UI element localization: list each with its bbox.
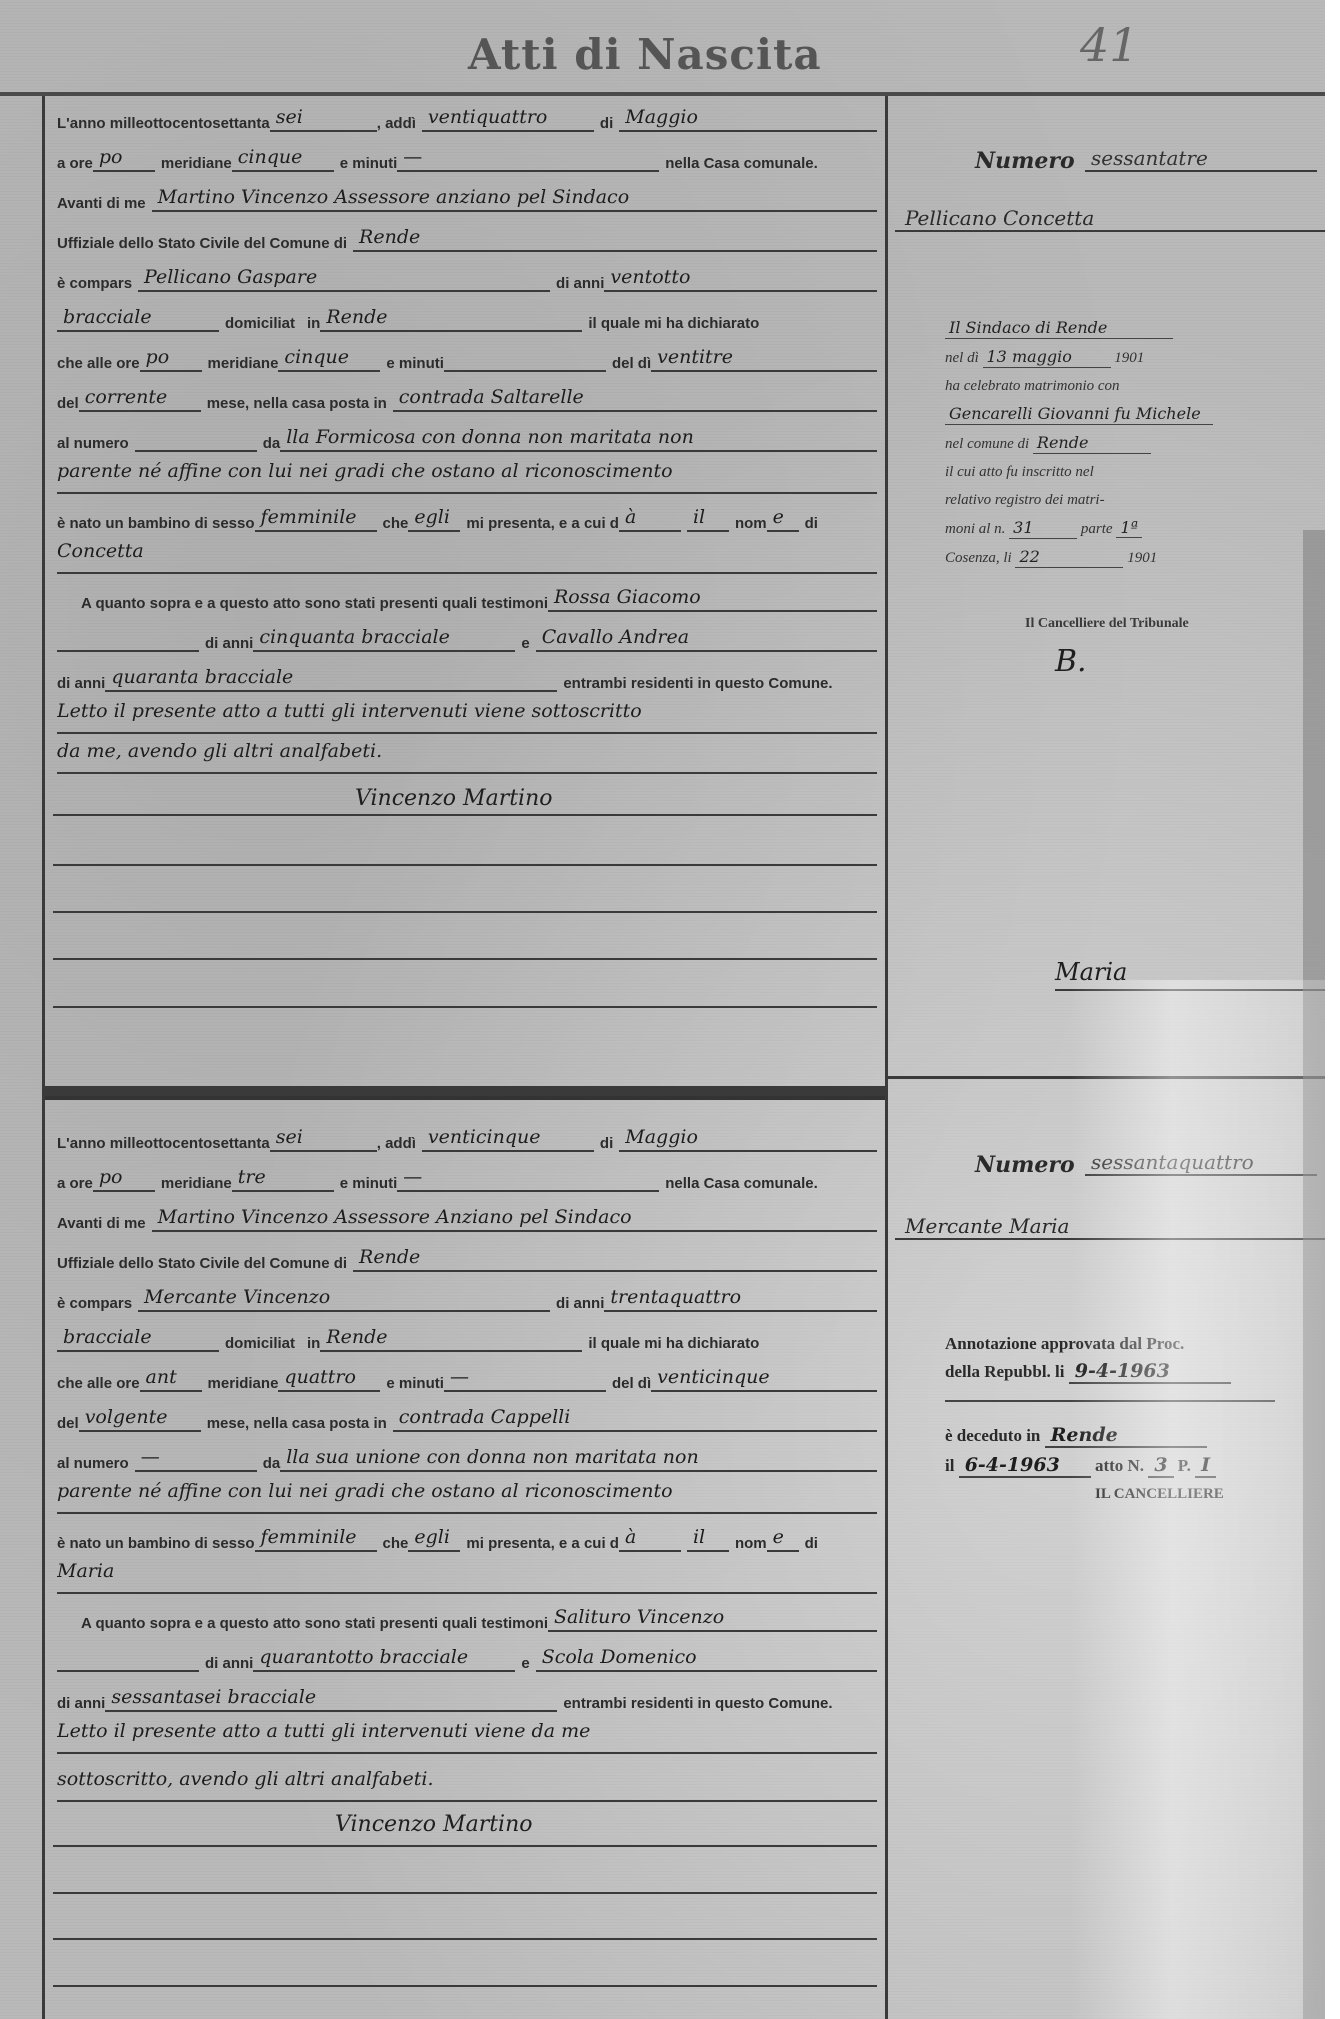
numero-label: Numero — [975, 1152, 1075, 1178]
day-field: ventiquattro — [422, 104, 594, 132]
comune-field: Rende — [353, 1244, 877, 1272]
label: A quanto sopra e a questo atto sono stat… — [57, 1615, 548, 1632]
label: Cosenza, li — [945, 550, 1012, 566]
label: nom — [735, 515, 767, 532]
hour-field: po — [140, 344, 202, 372]
hour-field: ant — [140, 1364, 202, 1392]
declarant-field: Mercante Vincenzo — [138, 1284, 550, 1312]
month-field: Maggio — [619, 1124, 877, 1152]
ruled-line — [53, 814, 877, 816]
label: mese, nella casa posta in — [207, 395, 387, 412]
witness1-field: Salituro Vincenzo — [548, 1604, 877, 1632]
maria-signature: Maria — [1055, 958, 1127, 986]
ruled-line — [53, 1006, 877, 1008]
scan-edge-shadow — [1303, 530, 1325, 2019]
label: di anni — [205, 635, 253, 652]
act1-declarant-line: è compars Pellicano Gaspare di anni vent… — [57, 260, 877, 292]
birth-act-2: L'anno milleottocentosettanta sei , addì… — [45, 1096, 885, 2019]
label: atto N. — [1095, 1456, 1144, 1475]
margin-divider — [885, 1076, 1325, 1079]
label: parte — [1081, 521, 1113, 537]
label: , addì — [377, 115, 416, 132]
label: Uffiziale dello Stato Civile del Comune … — [57, 1255, 347, 1272]
witness1-age-field: quarantotto bracciale — [253, 1644, 515, 1672]
sex-field: femminile — [255, 1524, 377, 1552]
marriage-year: 1901 — [1114, 350, 1144, 366]
witness2-field: Scola Domenico — [536, 1644, 877, 1672]
day-field: venticinque — [651, 1364, 877, 1392]
spouse-name: Gencarelli Giovanni fu Michele — [945, 404, 1213, 425]
cancelliere-signature: B. — [1055, 644, 1087, 679]
act2-date-line: L'anno milleottocentosettanta sei , addì… — [57, 1120, 877, 1152]
act2-child-name: Maria — [57, 1560, 877, 1594]
ruled-line — [945, 1398, 1275, 1402]
union-text-field: lla sua unione con donna non maritata no… — [280, 1444, 877, 1472]
label: mi presenta, e a cui d — [466, 1535, 619, 1552]
label: che — [383, 1535, 409, 1552]
register-number: 31 — [1009, 518, 1077, 539]
annotation-place: Il Sindaco di Rende — [945, 318, 1173, 339]
act1-location-line: del corrente mese, nella casa posta in c… — [57, 380, 877, 412]
label: è compars — [57, 275, 132, 292]
witness1-field: Rossa Giacomo — [548, 584, 877, 612]
label: di — [600, 115, 613, 132]
label: di anni — [57, 1695, 105, 1712]
act2-domicile-line: bracciale domiciliat in Rende il quale m… — [57, 1320, 877, 1352]
act1-recognition-text: parente né affine con lui nei gradi che … — [57, 460, 877, 494]
minutes-field: — — [397, 1164, 659, 1192]
label: domiciliat — [225, 315, 295, 332]
annotation-date: 22 — [1015, 547, 1123, 568]
domicile-field: Rende — [320, 304, 582, 332]
label: nel dì — [945, 350, 979, 366]
label: in — [307, 315, 320, 332]
label: al numero — [57, 1455, 129, 1472]
label: e — [521, 1655, 529, 1672]
numero-value: sessantaquattro — [1085, 1150, 1317, 1176]
margin-entry-1: Numero sessantatre Pellicano Concetta Il… — [885, 96, 1325, 1076]
marriage-comune: Rende — [1033, 433, 1151, 454]
ruled-line — [53, 1938, 877, 1940]
label: meridiane — [208, 1375, 279, 1392]
scan-border — [1325, 0, 1340, 2019]
label: il quale mi ha dichiarato — [588, 315, 759, 332]
act2-officer-line: Avanti di me Martino Vincenzo Assessore … — [57, 1200, 877, 1232]
label: è nato un bambino di sesso — [57, 1535, 255, 1552]
act2-closing-1: Letto il presente atto a tutti gli inter… — [57, 1720, 877, 1754]
officer-field: Martino Vincenzo Assessore Anziano pel S… — [152, 1204, 877, 1232]
location-field: contrada Cappelli — [393, 1404, 877, 1432]
minutes-field: — — [397, 144, 659, 172]
age-field: trentaquattro — [604, 1284, 877, 1312]
witness2-age-field: quaranta bracciale — [105, 664, 557, 692]
numero-label: Numero — [975, 148, 1075, 174]
death-date: 6-4-1963 — [959, 1454, 1091, 1478]
label: meridiane — [161, 1175, 232, 1192]
nome-suffix-field: e — [767, 504, 799, 532]
officer-field: Martino Vincenzo Assessore anziano pel S… — [152, 184, 877, 212]
presenter-field: egli — [408, 1524, 460, 1552]
label: Annotazione approvata dal Proc. — [945, 1334, 1285, 1354]
act1-officer-signature: Vincenzo Martino — [355, 786, 553, 811]
act2-location-line: del volgente mese, nella casa posta in c… — [57, 1400, 877, 1432]
label: Avanti di me — [57, 195, 146, 212]
hour-field: po — [93, 144, 155, 172]
label: è compars — [57, 1295, 132, 1312]
label: di — [805, 515, 818, 532]
label: del — [57, 1415, 79, 1432]
register-part: 1ª — [1116, 518, 1142, 538]
witness1-age-field: cinquanta bracciale — [253, 624, 515, 652]
act1-sex-line: è nato un bambino di sesso femminile che… — [57, 500, 877, 532]
cancelliere-label: Il Cancelliere del Tribunale — [1025, 616, 1189, 632]
act1-comune-line: Uffiziale dello Stato Civile del Comune … — [57, 220, 877, 252]
label: relativo registro dei matri- — [945, 490, 1245, 510]
numero-value: sessantatre — [1085, 146, 1317, 172]
act1-hour-line: a ore po meridiane cinque e minuti — nel… — [57, 140, 877, 172]
ruled-line — [53, 1892, 877, 1894]
comune-field: Rende — [353, 224, 877, 252]
label: di anni — [556, 275, 604, 292]
label: di anni — [205, 1655, 253, 1672]
label: è nato un bambino di sesso — [57, 515, 255, 532]
label: mese, nella casa posta in — [207, 1415, 387, 1432]
label: è deceduto in — [945, 1426, 1040, 1445]
hour-word-field: tre — [232, 1164, 334, 1192]
label: P. — [1178, 1456, 1191, 1475]
label: L'anno milleottocentosettanta — [57, 1135, 270, 1152]
margin-entry-2: Numero sessantaquattro Mercante Maria An… — [885, 1096, 1325, 2019]
birth-act-1: L'anno milleottocentosettanta sei , addì… — [45, 96, 885, 1086]
act2-officer-signature: Vincenzo Martino — [335, 1812, 533, 1837]
blank-field — [57, 650, 199, 652]
label: di anni — [556, 1295, 604, 1312]
approval-date: 9-4-1963 — [1069, 1360, 1231, 1384]
house-number-field: — — [135, 1444, 257, 1472]
act2-witness-line-2: di anni quarantotto bracciale e Scola Do… — [57, 1640, 877, 1672]
year-field: sei — [270, 104, 377, 132]
label: e — [521, 635, 529, 652]
label: da — [263, 435, 281, 452]
label: nom — [735, 1535, 767, 1552]
label: che alle ore — [57, 355, 140, 372]
month-ref-field: volgente — [79, 1404, 201, 1432]
label: il — [945, 1456, 954, 1475]
month-ref-field: corrente — [79, 384, 201, 412]
act1-closing-1: Letto il presente atto a tutti gli inter… — [57, 700, 877, 734]
label: e minuti — [386, 1375, 444, 1392]
scanned-register-page: Atti di Nascita 41 L'anno milleottocento… — [0, 0, 1325, 2019]
da-field: à — [619, 1524, 681, 1552]
act1-domicile-line: bracciale domiciliat in Rende il quale m… — [57, 300, 877, 332]
signature-line — [1055, 989, 1325, 991]
ruled-line — [53, 864, 877, 866]
hour-word-field: quattro — [278, 1364, 380, 1392]
label: nel comune di — [945, 436, 1029, 452]
year-field: sei — [270, 1124, 377, 1152]
act1-witness-line-1: A quanto sopra e a questo atto sono stat… — [57, 580, 877, 612]
act1-closing-2: da me, avendo gli altri analfabeti. — [57, 740, 877, 774]
label: L'anno milleottocentosettanta — [57, 115, 270, 132]
domicile-field: Rende — [320, 1324, 582, 1352]
ruled-line — [53, 958, 877, 960]
ruled-line — [53, 1985, 877, 1987]
act1-witness-line-2: di anni cinquanta bracciale e Cavallo An… — [57, 620, 877, 652]
hour-word-field: cinque — [278, 344, 380, 372]
label: del dì — [612, 355, 651, 372]
label: a ore — [57, 1175, 93, 1192]
label: di — [600, 1135, 613, 1152]
annotation-year: 1901 — [1127, 550, 1157, 566]
label: nella Casa comunale. — [665, 155, 818, 172]
age-field: ventotto — [604, 264, 877, 292]
act2-birth-time-line: che alle ore ant meridiane quattro e min… — [57, 1360, 877, 1392]
label: che alle ore — [57, 1375, 140, 1392]
label: A quanto sopra e a questo atto sono stat… — [57, 595, 548, 612]
label: di anni — [57, 675, 105, 692]
label: il cui atto fu inscritto nel — [945, 462, 1245, 482]
nome-suffix-field: e — [767, 1524, 799, 1552]
label: entrambi residenti in questo Comune. — [563, 675, 832, 692]
witness2-age-field: sessantasei bracciale — [105, 1684, 557, 1712]
day-field: ventitre — [651, 344, 877, 372]
hour-field: po — [93, 1164, 155, 1192]
act1-birth-time-line: che alle ore po meridiane cinque e minut… — [57, 340, 877, 372]
sex-field: femminile — [255, 504, 377, 532]
da-field: à — [619, 504, 681, 532]
hour-word-field: cinque — [232, 144, 334, 172]
marriage-date: 13 maggio — [983, 347, 1111, 368]
act1-child-name: Concetta — [57, 540, 877, 574]
act2-hour-line: a ore po meridiane tre e minuti — nella … — [57, 1160, 877, 1192]
label: della Repubbl. li — [945, 1362, 1065, 1381]
declarant-field: Pellicano Gaspare — [138, 264, 550, 292]
label: e minuti — [386, 355, 444, 372]
label: e minuti — [340, 155, 398, 172]
location-field: contrada Saltarelle — [393, 384, 877, 412]
margin-column: Numero sessantatre Pellicano Concetta Il… — [885, 96, 1325, 2019]
margin-name: Mercante Maria — [895, 1214, 1325, 1240]
house-number-field — [135, 450, 257, 452]
blank-field — [57, 1670, 199, 1672]
label: al numero — [57, 435, 129, 452]
profession-field: bracciale — [57, 304, 219, 332]
ruled-line — [53, 1845, 877, 1847]
act1-number-line: al numero da lla Formicosa con donna non… — [57, 420, 877, 452]
death-annotation: Annotazione approvata dal Proc. della Re… — [945, 1334, 1285, 1503]
act2-recognition-text: parente né affine con lui nei gradi che … — [57, 1480, 877, 1514]
label: meridiane — [208, 355, 279, 372]
label: Avanti di me — [57, 1215, 146, 1232]
marriage-annotation: Il Sindaco di Rende nel dì 13 maggio 190… — [945, 318, 1245, 568]
label: del dì — [612, 1375, 651, 1392]
act1-witness-line-3: di anni quaranta bracciale entrambi resi… — [57, 660, 877, 692]
label: entrambi residenti in questo Comune. — [563, 1695, 832, 1712]
act2-sex-line: è nato un bambino di sesso femminile che… — [57, 1520, 877, 1552]
il-field: il — [687, 1524, 729, 1552]
label: domiciliat — [225, 1335, 295, 1352]
label: , addì — [377, 1135, 416, 1152]
entry-divider — [45, 1086, 885, 1096]
label: meridiane — [161, 155, 232, 172]
month-field: Maggio — [619, 104, 877, 132]
label: a ore — [57, 155, 93, 172]
label: in — [307, 1335, 320, 1352]
page-number: 41 — [1080, 18, 1139, 72]
act2-number-line: al numero — da lla sua unione con donna … — [57, 1440, 877, 1472]
acts-column: L'anno milleottocentosettanta sei , addì… — [42, 96, 888, 2019]
cancelliere-label: IL CANCELLIERE — [945, 1486, 1285, 1503]
act2-comune-line: Uffiziale dello Stato Civile del Comune … — [57, 1240, 877, 1272]
act2-closing-2: sottoscritto, avendo gli altri analfabet… — [57, 1768, 877, 1802]
il-field: il — [687, 504, 729, 532]
death-act-number: 3 — [1148, 1454, 1173, 1478]
label: Uffiziale dello Stato Civile del Comune … — [57, 235, 347, 252]
page-title: Atti di Nascita — [468, 30, 822, 79]
act2-witness-line-3: di anni sessantasei bracciale entrambi r… — [57, 1680, 877, 1712]
death-act-part: I — [1195, 1454, 1216, 1478]
day-field: venticinque — [422, 1124, 594, 1152]
page-header: Atti di Nascita 41 — [0, 0, 1325, 96]
minutes-field: — — [444, 1364, 606, 1392]
presenter-field: egli — [408, 504, 460, 532]
label: del — [57, 395, 79, 412]
death-place: Rende — [1045, 1424, 1207, 1448]
act1-officer-line: Avanti di me Martino Vincenzo Assessore … — [57, 180, 877, 212]
margin-name: Pellicano Concetta — [895, 206, 1325, 232]
label: di — [805, 1535, 818, 1552]
label: il quale mi ha dichiarato — [588, 1335, 759, 1352]
minutes-field — [444, 370, 606, 372]
act2-declarant-line: è compars Mercante Vincenzo di anni tren… — [57, 1280, 877, 1312]
act1-date-line: L'anno milleottocentosettanta sei , addì… — [57, 100, 877, 132]
label: ha celebrato matrimonio con — [945, 376, 1245, 396]
label: nella Casa comunale. — [665, 1175, 818, 1192]
label: moni al n. — [945, 521, 1005, 537]
act2-witness-line-1: A quanto sopra e a questo atto sono stat… — [57, 1600, 877, 1632]
witness2-field: Cavallo Andrea — [536, 624, 877, 652]
label: da — [263, 1455, 281, 1472]
ruled-line — [53, 911, 877, 913]
label: e minuti — [340, 1175, 398, 1192]
label: che — [383, 515, 409, 532]
label: mi presenta, e a cui d — [466, 515, 619, 532]
profession-field: bracciale — [57, 1324, 219, 1352]
union-text-field: lla Formicosa con donna non maritata non — [280, 424, 877, 452]
